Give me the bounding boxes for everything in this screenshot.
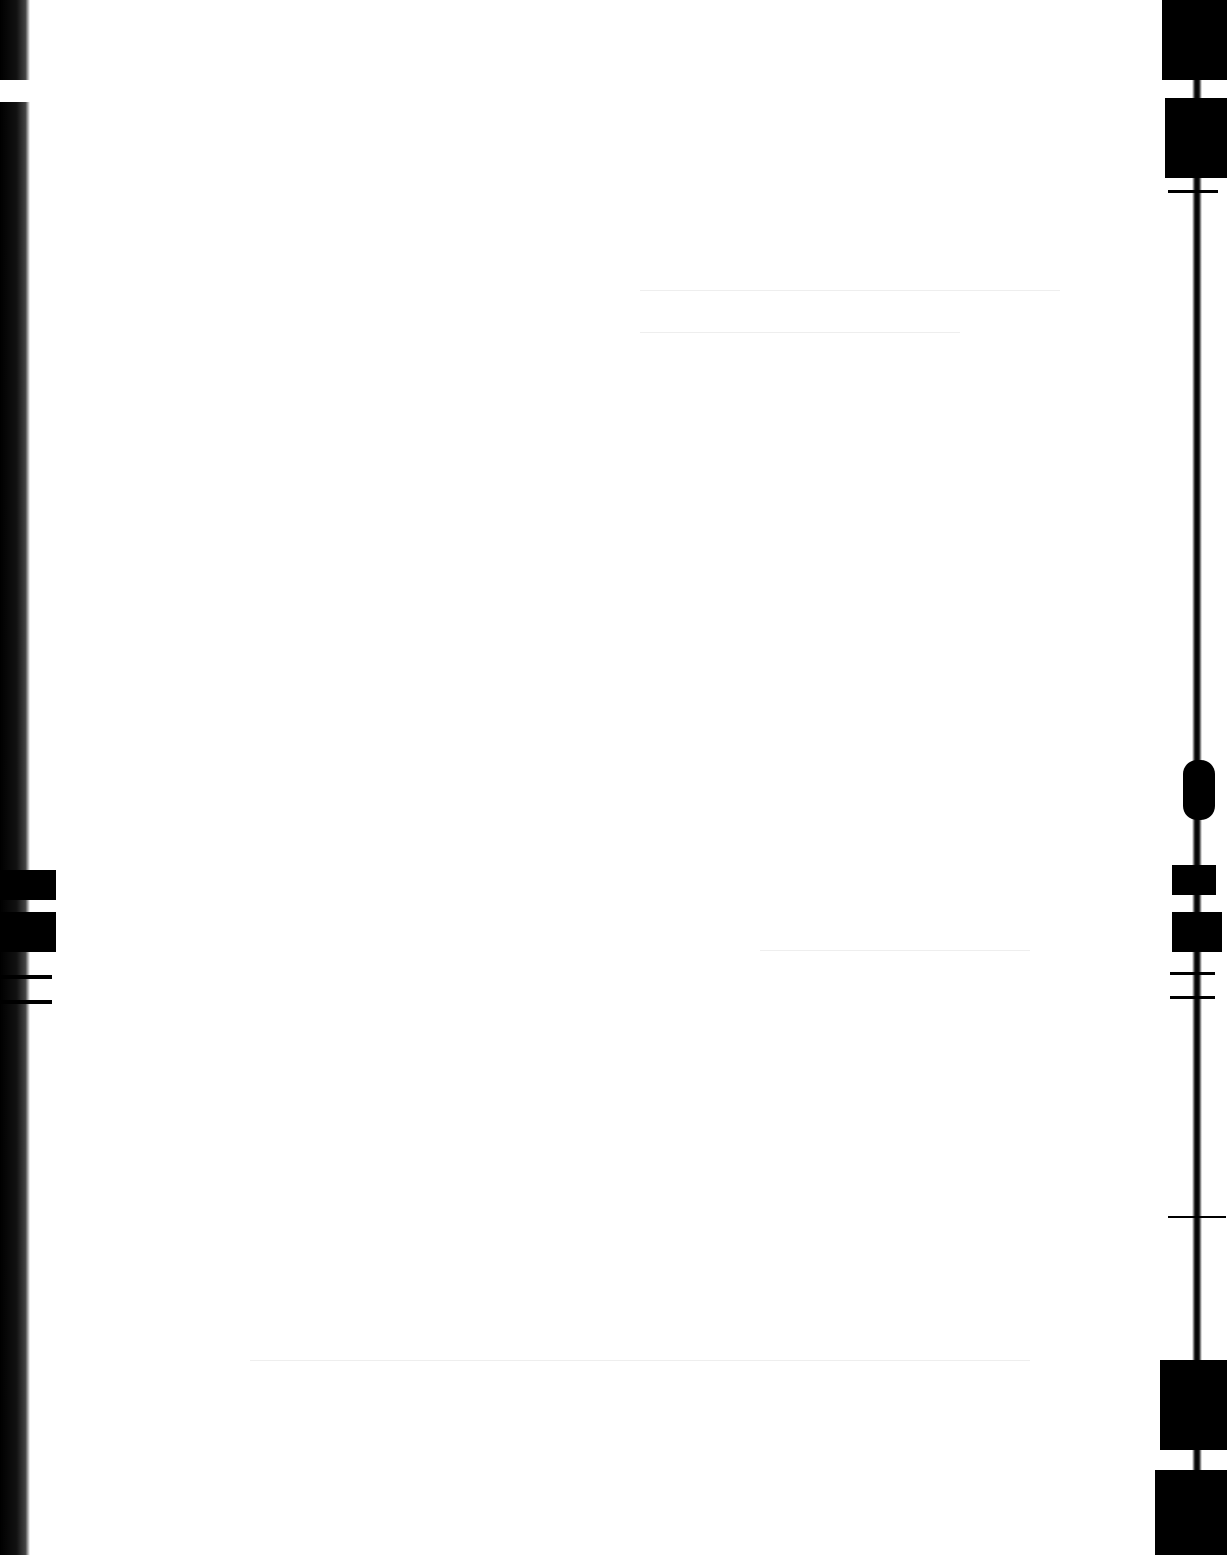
faded-rule	[760, 950, 1030, 951]
faded-rule	[640, 290, 1060, 291]
faded-rule	[250, 1360, 1030, 1361]
scan-edge-bar	[0, 1000, 52, 1004]
scan-edge-block	[1172, 865, 1216, 895]
scan-edge-tick	[1168, 1216, 1226, 1218]
scan-edge-bar	[0, 870, 56, 900]
scan-edge-left	[0, 0, 30, 1555]
scan-edge-block	[1160, 1360, 1227, 1450]
faded-rule	[640, 332, 960, 333]
scan-edge-tick	[1170, 972, 1215, 975]
scan-edge-gap	[0, 80, 40, 102]
scan-edge-block	[1165, 98, 1227, 178]
scan-edge-bulge	[1183, 760, 1215, 820]
scan-edge-block	[1162, 0, 1227, 80]
scan-edge-bar	[0, 975, 52, 979]
scan-edge-block	[1172, 912, 1222, 952]
scan-edge-tick	[1170, 996, 1215, 999]
scan-edge-bar	[0, 912, 56, 952]
scan-edge-block	[1155, 1470, 1227, 1555]
scan-edge-tick	[1168, 190, 1218, 193]
